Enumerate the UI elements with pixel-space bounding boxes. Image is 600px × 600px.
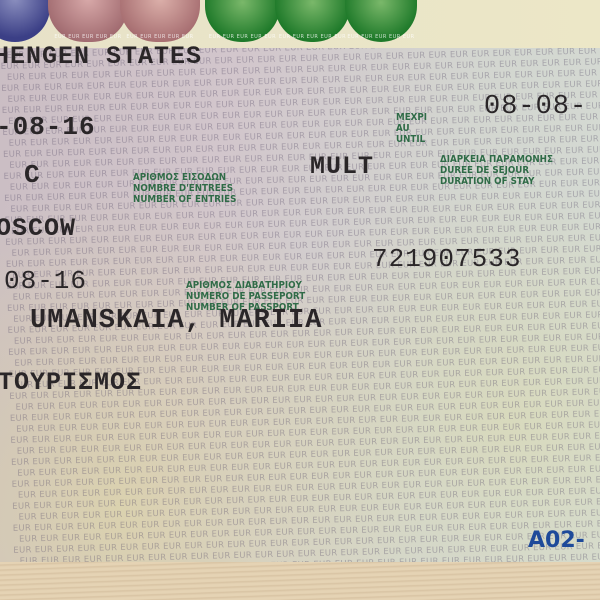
brown-guilloche-emblem: EUR EUR EUR EUR EUR — [48, 0, 128, 42]
passport-page-edge — [0, 562, 600, 600]
green-guilloche-emblem: EUR EUR EUR EUR EUR — [275, 0, 350, 42]
until-date: 08-08- — [484, 92, 587, 122]
issue-date: 08-16 — [4, 266, 87, 296]
holder-name: UMANSKAIA, MARIIA — [30, 306, 322, 336]
brown-guilloche-emblem: EUR EUR EUR EUR EUR — [120, 0, 200, 42]
entries-label: ΑΡΙΘΜΟΣ ΕΙΣΟΔΩΝ NOMBRE D'ENTREES NUMBER … — [133, 172, 236, 205]
blue-guilloche-emblem — [0, 0, 50, 42]
green-guilloche-emblem: EUR EUR EUR EUR EUR — [205, 0, 280, 42]
visa-serial-number: A02- — [528, 528, 585, 553]
entries-value: MULT — [310, 152, 374, 181]
remarks: ΤΟΥΡΙΣΜΟΣ — [0, 368, 142, 397]
passport-number: 721907533 — [372, 244, 521, 274]
security-band: EUR EUR EUR EUR EUR EUR EUR EUR EUR EUR … — [0, 0, 600, 48]
green-guilloche-emblem: EUR EUR EUR EUR EUR — [345, 0, 417, 42]
issued-in: OSCOW — [0, 214, 76, 243]
until-label: ΜΕΧΡΙ AU UNTIL — [396, 112, 427, 145]
valid-from-date: -08-16 — [0, 112, 96, 142]
visa-sticker-photo: EUR EUR EUR EUR EUR EUR EUR EUR EUR EUR … — [0, 0, 600, 600]
duration-label: ΔΙΑΡΚΕΙΑ ΠΑΡΑΜΟΝΗΣ DUREE DE SEJOUR DURAT… — [440, 154, 553, 187]
visa-header-title: HENGEN STATES — [0, 42, 202, 71]
visa-type: C — [24, 160, 41, 190]
